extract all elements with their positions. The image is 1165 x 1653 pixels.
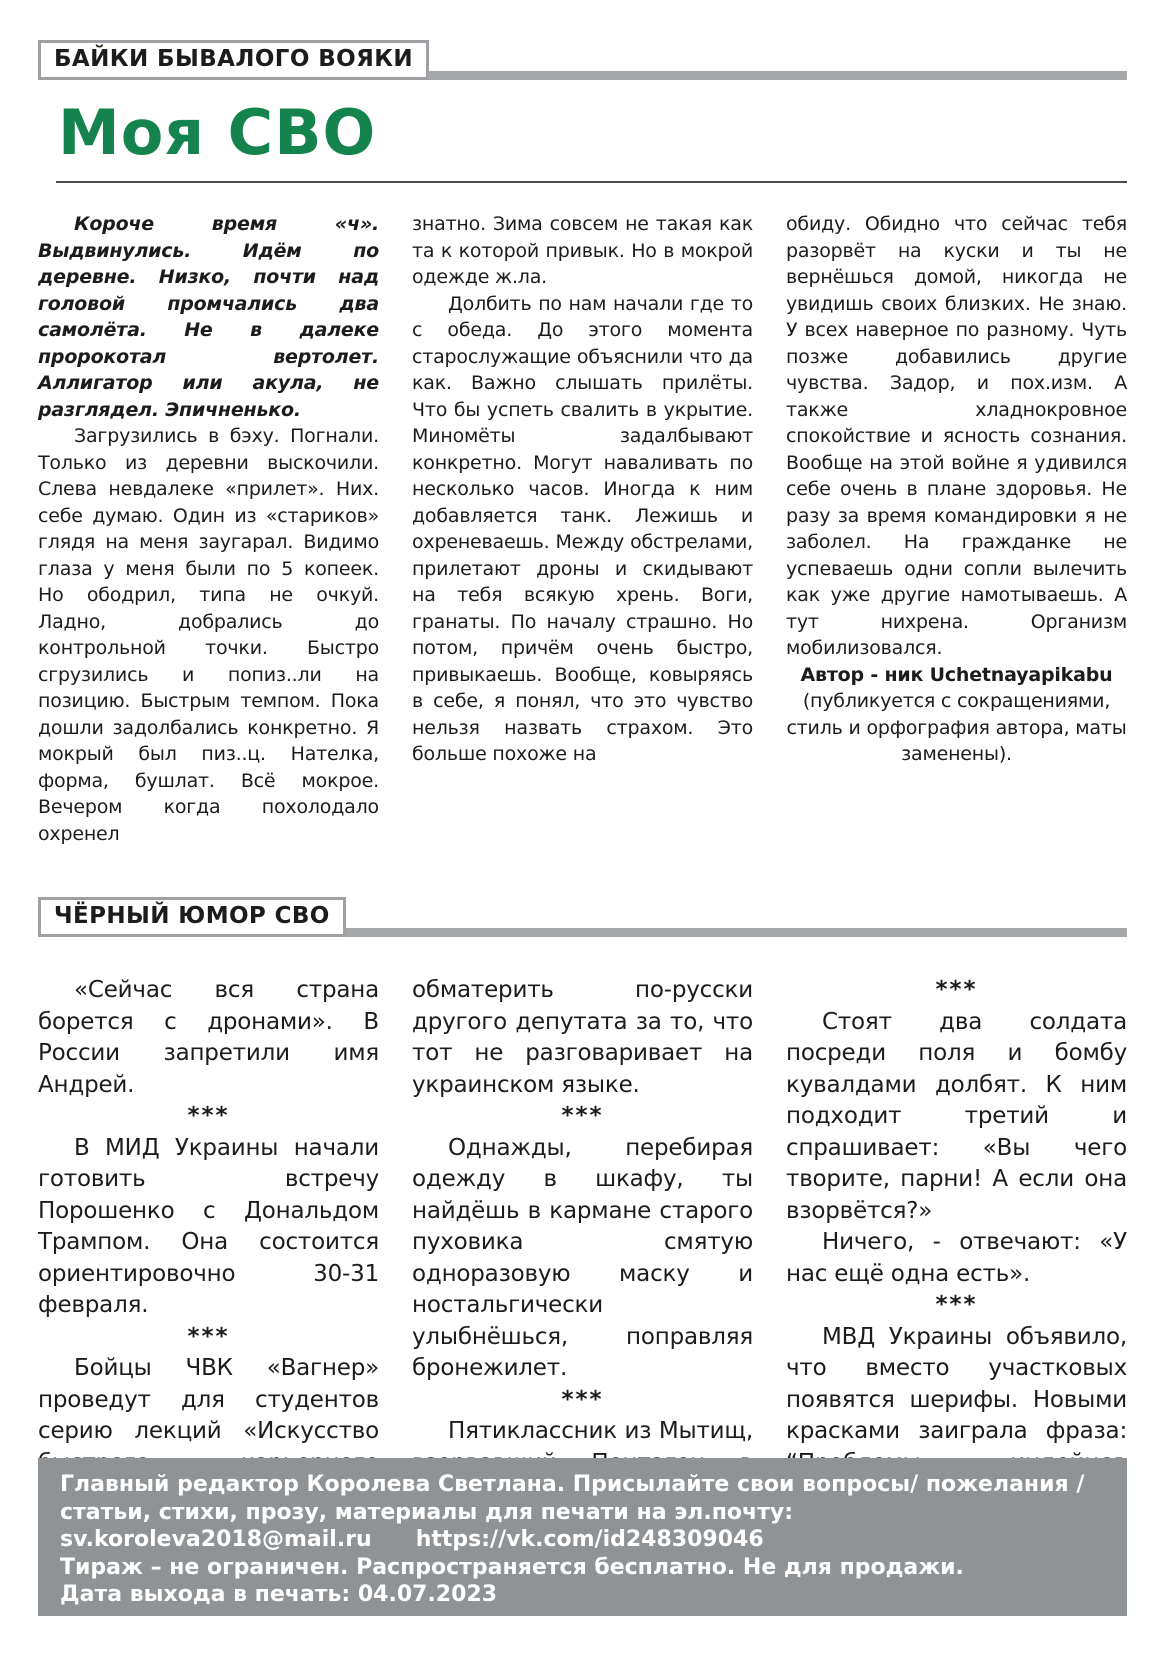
- jokes-kicker-row: ЧЁРНЫЙ ЮМОР СВО: [38, 897, 1127, 937]
- jokes-kicker-label: ЧЁРНЫЙ ЮМОР СВО: [54, 903, 330, 929]
- joke-paragraph: В МИД Украины начали готовить встречу По…: [38, 1133, 379, 1322]
- title-rule-divider: [56, 181, 1127, 183]
- newspaper-page: БАЙКИ БЫВАЛОГО ВОЯКИ Моя СВО Короче врем…: [0, 0, 1165, 1653]
- page-content: БАЙКИ БЫВАЛОГО ВОЯКИ Моя СВО Короче врем…: [0, 0, 1165, 1605]
- article-column-2: знатно. Зима совсем не такая как та к ко…: [412, 211, 753, 847]
- author-note: (публикуется с сокращениями, стиль и орф…: [786, 688, 1127, 768]
- joke-separator: ***: [786, 975, 1127, 1007]
- footer-editor-line: Главный редактор Королева Светлана. Прис…: [60, 1471, 1105, 1526]
- joke-separator: ***: [412, 1385, 753, 1417]
- body-paragraph: Загрузились в бэху. Погнали. Только из д…: [38, 423, 379, 847]
- story-kicker-box: БАЙКИ БЫВАЛОГО ВОЯКИ: [38, 40, 429, 80]
- joke-paragraph: Стоят два солдата посреди поля и бомбу к…: [786, 1007, 1127, 1228]
- story-kicker-bar-decoration: [429, 71, 1127, 80]
- joke-separator: ***: [38, 1101, 379, 1133]
- joke-separator: ***: [786, 1290, 1127, 1322]
- story-section: БАЙКИ БЫВАЛОГО ВОЯКИ Моя СВО Короче врем…: [38, 40, 1127, 847]
- footer-date-line: Дата выхода в печать: 04.07.2023: [60, 1581, 1105, 1609]
- article-column-3: обиду. Обидно что сейчас тебя разорвёт н…: [786, 211, 1127, 847]
- story-kicker-label: БАЙКИ БЫВАЛОГО ВОЯКИ: [54, 46, 413, 72]
- joke-separator: ***: [412, 1101, 753, 1133]
- footer-contacts-line: sv.koroleva2018@mail.ruhttps://vk.com/id…: [60, 1526, 1105, 1554]
- article-columns: Короче время «ч». Выдвинулись. Идём по д…: [38, 211, 1127, 847]
- lead-paragraph: Короче время «ч». Выдвинулись. Идём по д…: [38, 211, 379, 423]
- footer: Главный редактор Королева Светлана. Прис…: [38, 1458, 1127, 1616]
- jokes-kicker-box: ЧЁРНЫЙ ЮМОР СВО: [38, 897, 346, 937]
- joke-paragraph: «Сейчас вся страна борется с дронами». В…: [38, 975, 379, 1101]
- joke-separator: ***: [38, 1322, 379, 1354]
- author-line: Автор - ник Uchetnayapikabu: [786, 662, 1127, 689]
- jokes-kicker-bar-decoration: [346, 928, 1127, 937]
- story-kicker-row: БАЙКИ БЫВАЛОГО ВОЯКИ: [38, 40, 1127, 80]
- joke-paragraph: Ничего, - отвечают: «У нас ещё одна есть…: [786, 1227, 1127, 1290]
- body-paragraph: обиду. Обидно что сейчас тебя разорвёт н…: [786, 211, 1127, 662]
- footer-distribution-line: Тираж – не ограничен. Распространяется б…: [60, 1554, 1105, 1582]
- joke-paragraph: обматерить по-русски другого депутата за…: [412, 975, 753, 1101]
- footer-vk-link: https://vk.com/id248309046: [416, 1527, 764, 1552]
- story-title: Моя СВО: [58, 96, 1127, 169]
- footer-email: sv.koroleva2018@mail.ru: [60, 1527, 372, 1552]
- body-paragraph: знатно. Зима совсем не такая как та к ко…: [412, 211, 753, 291]
- body-paragraph: Долбить по нам начали где то с обеда. До…: [412, 291, 753, 768]
- article-column-1: Короче время «ч». Выдвинулись. Идём по д…: [38, 211, 379, 847]
- joke-paragraph: Однажды, перебирая одежду в шкафу, ты на…: [412, 1133, 753, 1385]
